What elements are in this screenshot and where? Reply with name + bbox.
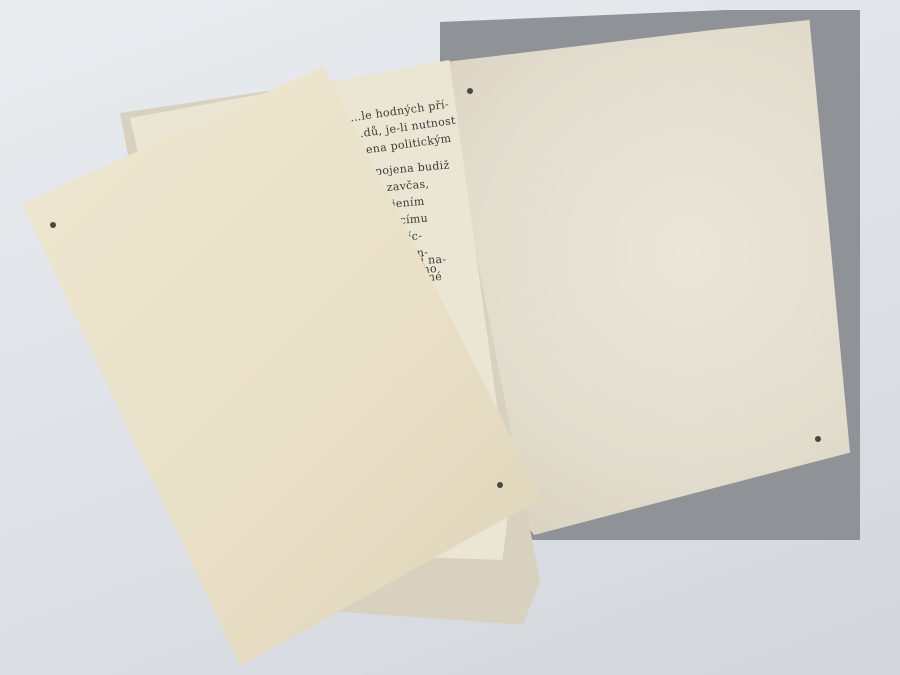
punch-hole	[497, 482, 503, 488]
photo: { "scene": "Photograph of an old open bo…	[0, 0, 900, 675]
punch-hole	[467, 88, 473, 94]
punch-hole	[815, 436, 821, 442]
punch-hole	[50, 222, 56, 228]
